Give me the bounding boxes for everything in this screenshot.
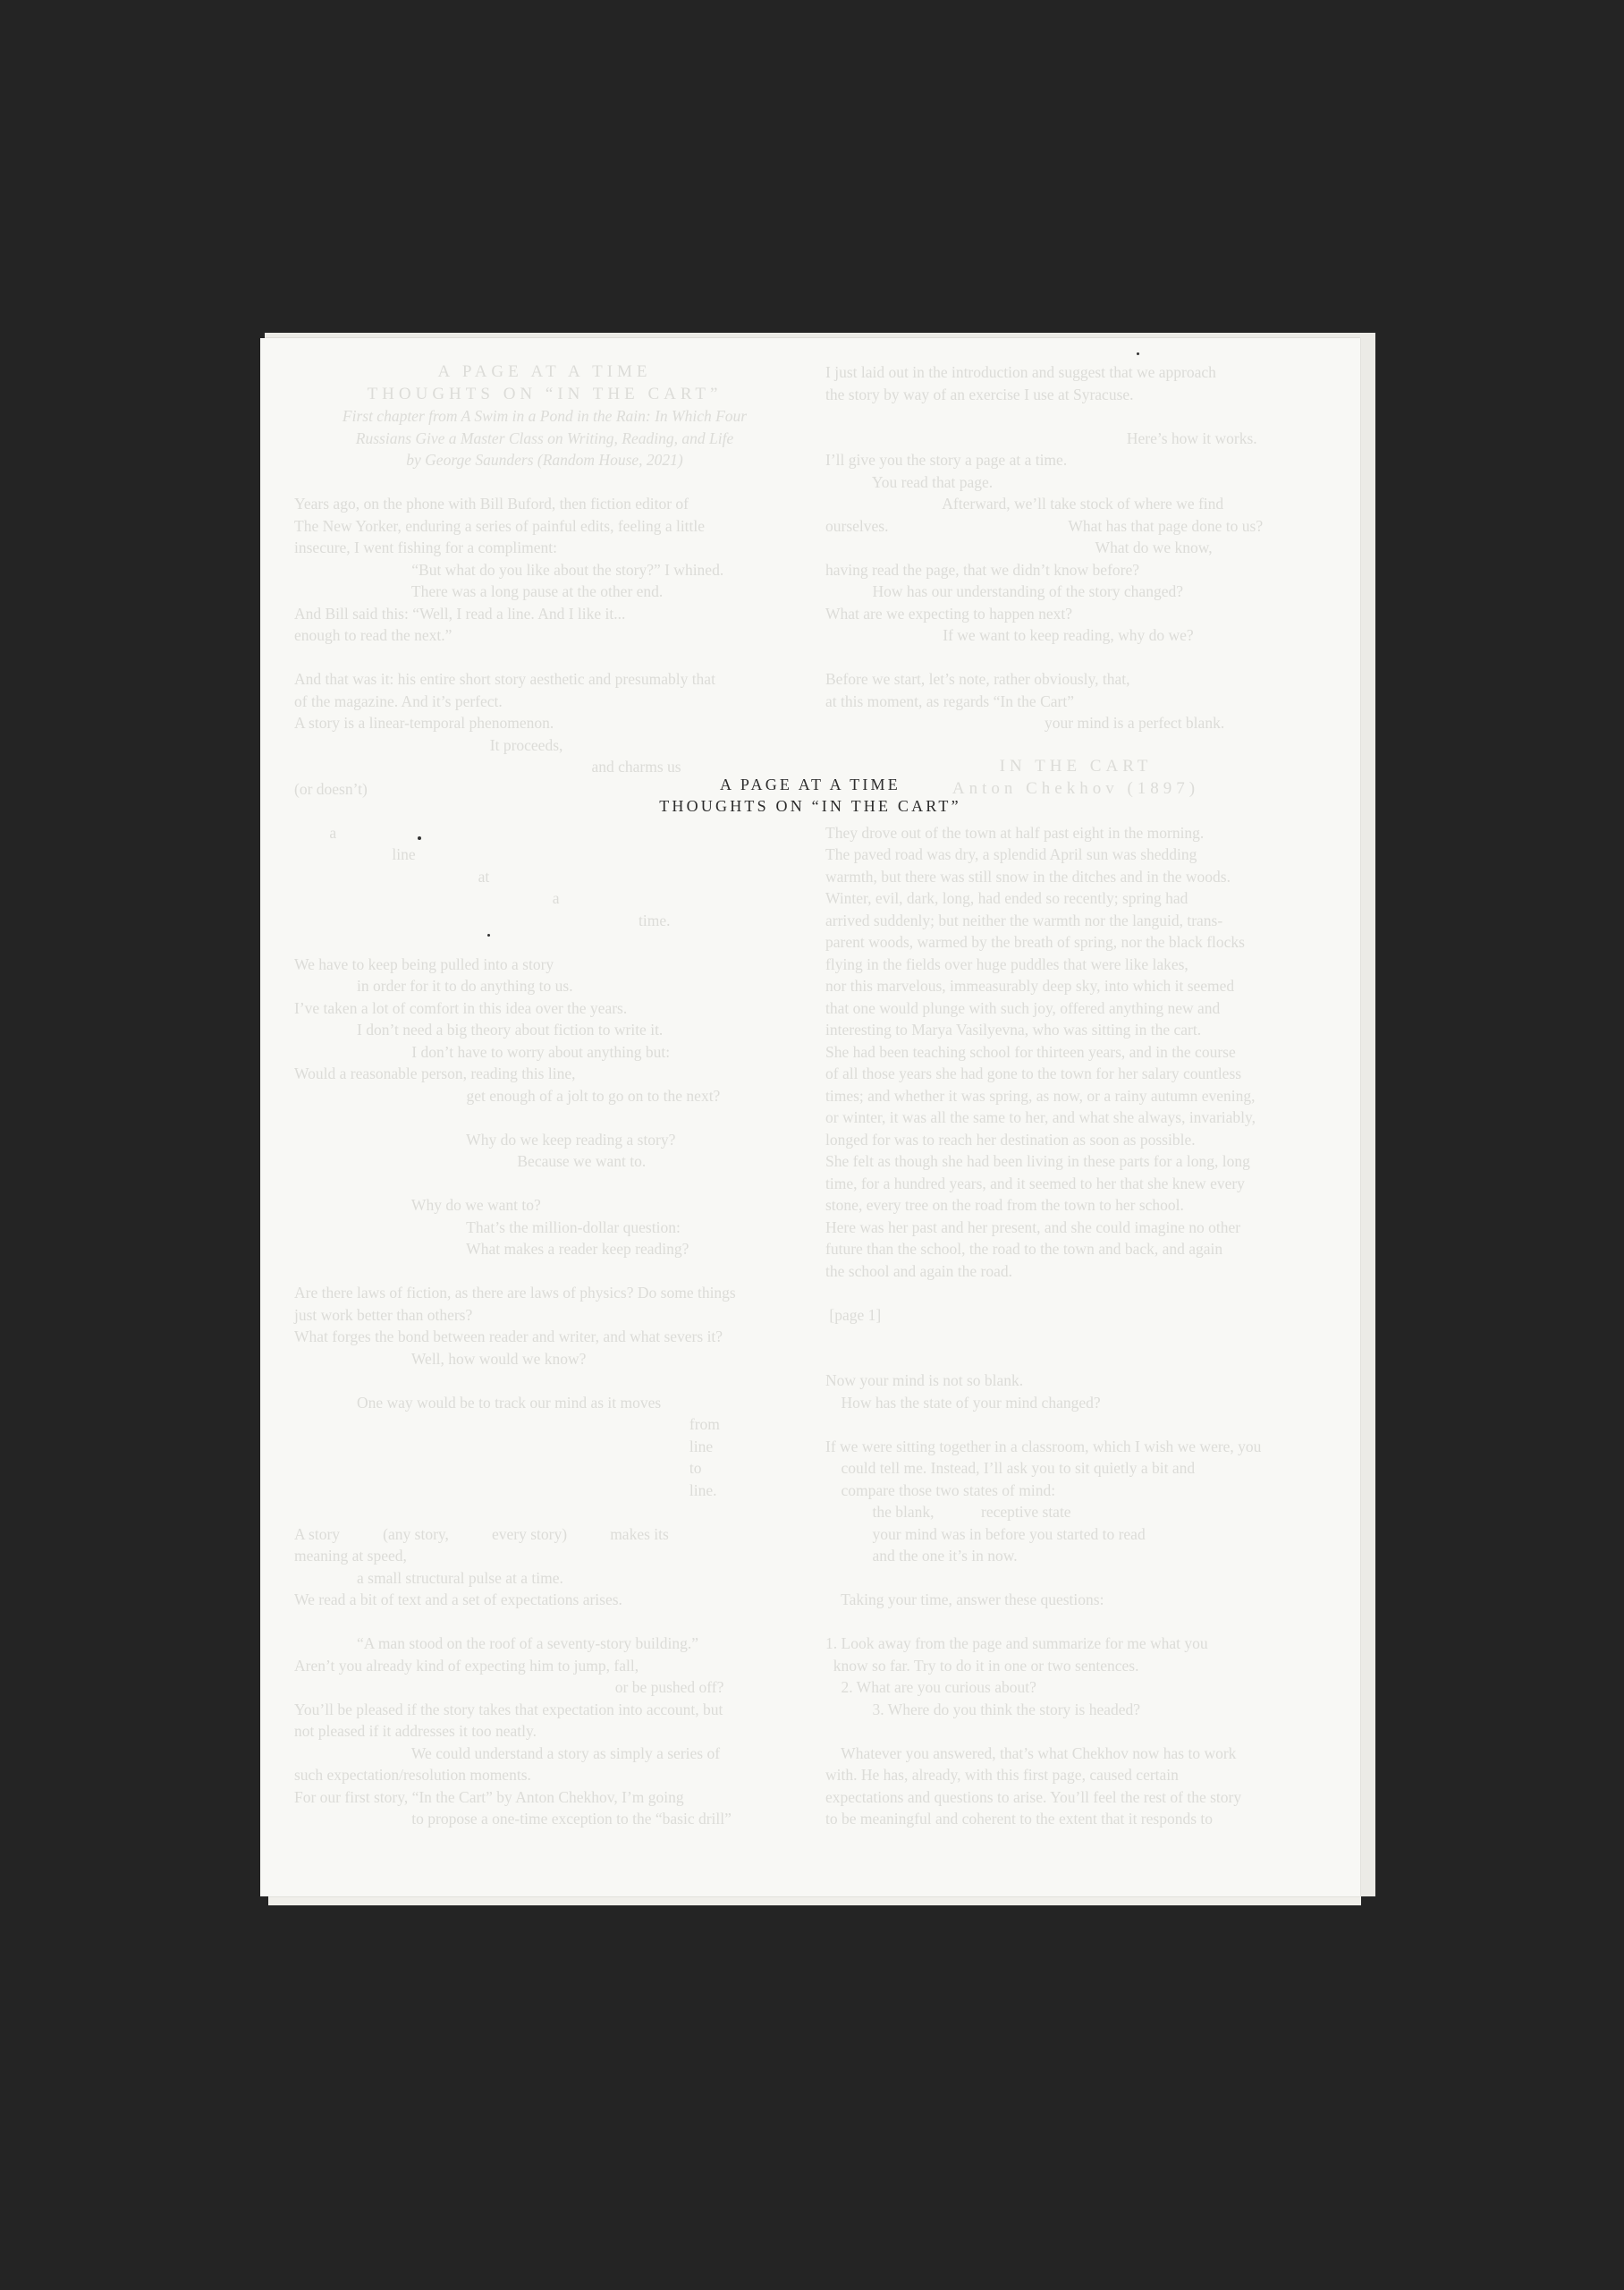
show-through-line: could tell me. Instead, I’ll ask you to …	[825, 1457, 1326, 1480]
show-through-line: line	[294, 1436, 795, 1458]
show-through-line: know so far. Try to do it in one or two …	[825, 1655, 1326, 1677]
show-through-line	[825, 1282, 1326, 1304]
show-through-line: get enough of a jolt to go on to the nex…	[294, 1085, 795, 1107]
show-through-line: line.	[294, 1480, 795, 1502]
show-through-line	[825, 734, 1326, 757]
show-through-line: of the magazine. And it’s perfect.	[294, 691, 795, 713]
show-through-line: Because we want to.	[294, 1150, 795, 1173]
show-through-line: You’ll be pleased if the story takes tha…	[294, 1699, 795, 1721]
show-through-line	[294, 1260, 795, 1283]
show-through-line: We have to keep being pulled into a stor…	[294, 954, 795, 976]
dust-speck	[487, 934, 490, 937]
show-through-line: future than the school, the road to the …	[825, 1238, 1326, 1260]
show-through-line: What makes a reader keep reading?	[294, 1238, 795, 1260]
show-through-line: expectations and questions to arise. You…	[825, 1786, 1326, 1809]
show-through-line: 3. Where do you think the story is heade…	[825, 1699, 1326, 1721]
title-line-2: THOUGHTS ON “IN THE CART”	[260, 795, 1360, 817]
show-through-line: stone, every tree on the road from the t…	[825, 1194, 1326, 1217]
show-through-line: in order for it to do anything to us.	[294, 975, 795, 997]
show-through-line: nor this marvelous, immeasurably deep sk…	[825, 975, 1326, 997]
show-through-line: What are we expecting to happen next?	[825, 603, 1326, 625]
show-through-line: by George Saunders (Random House, 2021)	[294, 449, 795, 471]
show-through-left-column: A PAGE AT A TIMETHOUGHTS ON “IN THE CART…	[294, 361, 795, 1830]
show-through-line: Now your mind is not so blank.	[825, 1370, 1326, 1392]
show-through-line: “A man stood on the roof of a seventy-st…	[294, 1633, 795, 1655]
show-through-line	[294, 647, 795, 669]
show-through-line: or winter, it was all the same to her, a…	[825, 1107, 1326, 1129]
show-through-line: I’ll give you the story a page at a time…	[825, 449, 1326, 471]
show-through-line: Why do we keep reading a story?	[294, 1129, 795, 1151]
show-through-line: THOUGHTS ON “IN THE CART”	[294, 384, 795, 406]
show-through-line: the story by way of an exercise I use at…	[825, 384, 1326, 406]
show-through-line: a small structural pulse at a time.	[294, 1567, 795, 1590]
show-through-line: line	[294, 844, 795, 866]
show-through-line: Why do we want to?	[294, 1194, 795, 1217]
show-through-line: 1. Look away from the page and summarize…	[825, 1633, 1326, 1655]
show-through-line: That’s the million-dollar question:	[294, 1217, 795, 1239]
show-through-line: arrived suddenly; but neither the warmth…	[825, 910, 1326, 932]
show-through-line	[825, 1326, 1326, 1348]
show-through-line: to be meaningful and coherent to the ext…	[825, 1808, 1326, 1830]
show-through-line: having read the page, that we didn’t kno…	[825, 559, 1326, 581]
show-through-line: meaning at speed,	[294, 1545, 795, 1567]
show-through-line: You read that page.	[825, 471, 1326, 494]
show-through-line: Before we start, let’s note, rather obvi…	[825, 668, 1326, 691]
show-through-line: a	[294, 887, 795, 910]
show-through-line: a	[294, 822, 795, 844]
show-through-line: ourselves. What has that page done to us…	[825, 515, 1326, 538]
show-through-line: Winter, evil, dark, long, had ended so r…	[825, 887, 1326, 910]
show-through-line	[294, 1501, 795, 1523]
show-through-line: [page 1]	[825, 1304, 1326, 1327]
show-through-line: We could understand a story as simply a …	[294, 1743, 795, 1765]
show-through-line: I just laid out in the introduction and …	[825, 361, 1326, 384]
show-through-line	[825, 1611, 1326, 1633]
show-through-line: And that was it: his entire short story …	[294, 668, 795, 691]
show-through-line: She had been teaching school for thirtee…	[825, 1041, 1326, 1064]
show-through-line: How has our understanding of the story c…	[825, 581, 1326, 603]
show-through-line: One way would be to track our mind as it…	[294, 1392, 795, 1414]
paper-sheet: A PAGE AT A TIMETHOUGHTS ON “IN THE CART…	[260, 338, 1360, 1896]
show-through-line: We read a bit of text and a set of expec…	[294, 1589, 795, 1611]
show-through-line	[294, 1173, 795, 1195]
dust-speck	[1137, 352, 1139, 355]
show-through-line	[294, 1370, 795, 1392]
show-through-line	[294, 471, 795, 494]
show-through-line: Whatever you answered, that’s what Chekh…	[825, 1743, 1326, 1765]
show-through-line: Russians Give a Master Class on Writing,…	[294, 428, 795, 450]
show-through-line: and the one it’s in now.	[825, 1545, 1326, 1567]
show-through-line: your mind was in before you started to r…	[825, 1523, 1326, 1546]
show-through-line: from	[294, 1413, 795, 1436]
show-through-line: parent woods, warmed by the breath of sp…	[825, 931, 1326, 954]
title-line-1: A PAGE AT A TIME	[260, 774, 1360, 795]
show-through-line: What forges the bond between reader and …	[294, 1326, 795, 1348]
show-through-line: compare those two states of mind:	[825, 1480, 1326, 1502]
show-through-line: I don’t need a big theory about fiction …	[294, 1019, 795, 1041]
show-through-line: For our first story, “In the Cart” by An…	[294, 1786, 795, 1809]
show-through-line: If we were sitting together in a classro…	[825, 1436, 1326, 1458]
show-through-line: Afterward, we’ll take stock of where we …	[825, 493, 1326, 515]
show-through-line: First chapter from A Swim in a Pond in t…	[294, 405, 795, 428]
show-through-line: Here’s how it works.	[825, 428, 1326, 450]
show-through-line: insecure, I went fishing for a complimen…	[294, 537, 795, 559]
show-through-line	[825, 405, 1326, 428]
show-through-line: The New Yorker, enduring a series of pai…	[294, 515, 795, 538]
show-through-line: If we want to keep reading, why do we?	[825, 624, 1326, 647]
show-through-line: the blank, receptive state	[825, 1501, 1326, 1523]
show-through-line	[825, 1567, 1326, 1590]
show-through-line: such expectation/resolution moments.	[294, 1764, 795, 1786]
show-through-line: interesting to Marya Vasilyevna, who was…	[825, 1019, 1326, 1041]
show-through-line: Taking your time, answer these questions…	[825, 1589, 1326, 1611]
show-through-line: at	[294, 866, 795, 888]
show-through-line: that one would plunge with such joy, off…	[825, 997, 1326, 1020]
show-through-line: She felt as though she had been living i…	[825, 1150, 1326, 1173]
show-through-line: with. He has, already, with this first p…	[825, 1764, 1326, 1786]
show-through-line: “But what do you like about the story?” …	[294, 559, 795, 581]
show-through-line: There was a long pause at the other end.	[294, 581, 795, 603]
show-through-line: Would a reasonable person, reading this …	[294, 1063, 795, 1085]
show-through-line	[825, 1413, 1326, 1436]
show-through-line: It proceeds,	[294, 734, 795, 757]
show-through-line: at this moment, as regards “In the Cart”	[825, 691, 1326, 713]
show-through-line: A story is a linear-temporal phenomenon.	[294, 712, 795, 734]
show-through-line: time.	[294, 910, 795, 932]
show-through-line: 2. What are you curious about?	[825, 1676, 1326, 1699]
show-through-line: the school and again the road.	[825, 1260, 1326, 1283]
show-through-line: I don’t have to worry about anything but…	[294, 1041, 795, 1064]
show-through-line: The paved road was dry, a splendid April…	[825, 844, 1326, 866]
show-through-right-column: I just laid out in the introduction and …	[825, 361, 1326, 1830]
show-through-line: Here was her past and her present, and s…	[825, 1217, 1326, 1239]
show-through-line: your mind is a perfect blank.	[825, 712, 1326, 734]
show-through-line: of all those years she had gone to the t…	[825, 1063, 1326, 1085]
show-through-line: longed for was to reach her destination …	[825, 1129, 1326, 1151]
show-through-line: time, for a hundred years, and it seemed…	[825, 1173, 1326, 1195]
show-through-line: Are there laws of fiction, as there are …	[294, 1282, 795, 1304]
show-through-line: And Bill said this: “Well, I read a line…	[294, 603, 795, 625]
show-through-line: enough to read the next.”	[294, 624, 795, 647]
show-through-line	[825, 1720, 1326, 1743]
show-through-line	[294, 1107, 795, 1129]
show-through-line: A PAGE AT A TIME	[294, 361, 795, 384]
show-through-line: They drove out of the town at half past …	[825, 822, 1326, 844]
show-through-line: A story (any story, every story) makes i…	[294, 1523, 795, 1546]
page-title: A PAGE AT A TIME THOUGHTS ON “IN THE CAR…	[260, 774, 1360, 817]
show-through-line: What do we know,	[825, 537, 1326, 559]
show-through-line	[294, 1611, 795, 1633]
show-through-line: I’ve taken a lot of comfort in this idea…	[294, 997, 795, 1020]
show-through-line	[825, 647, 1326, 669]
show-through-line: to	[294, 1457, 795, 1480]
show-through-line: times; and whether it was spring, as now…	[825, 1085, 1326, 1107]
dust-speck	[418, 836, 421, 840]
show-through-line: Well, how would we know?	[294, 1348, 795, 1370]
show-through-line: Aren’t you already kind of expecting him…	[294, 1655, 795, 1677]
show-through-line: not pleased if it addresses it too neatl…	[294, 1720, 795, 1743]
show-through-line	[294, 931, 795, 954]
show-through-line: How has the state of your mind changed?	[825, 1392, 1326, 1414]
show-through-line	[825, 1348, 1326, 1370]
show-through-line: or be pushed off?	[294, 1676, 795, 1699]
show-through-line: warmth, but there was still snow in the …	[825, 866, 1326, 888]
show-through-line: Years ago, on the phone with Bill Buford…	[294, 493, 795, 515]
show-through-line: flying in the fields over huge puddles t…	[825, 954, 1326, 976]
show-through-line: to propose a one-time exception to the “…	[294, 1808, 795, 1830]
show-through-line: just work better than others?	[294, 1304, 795, 1327]
